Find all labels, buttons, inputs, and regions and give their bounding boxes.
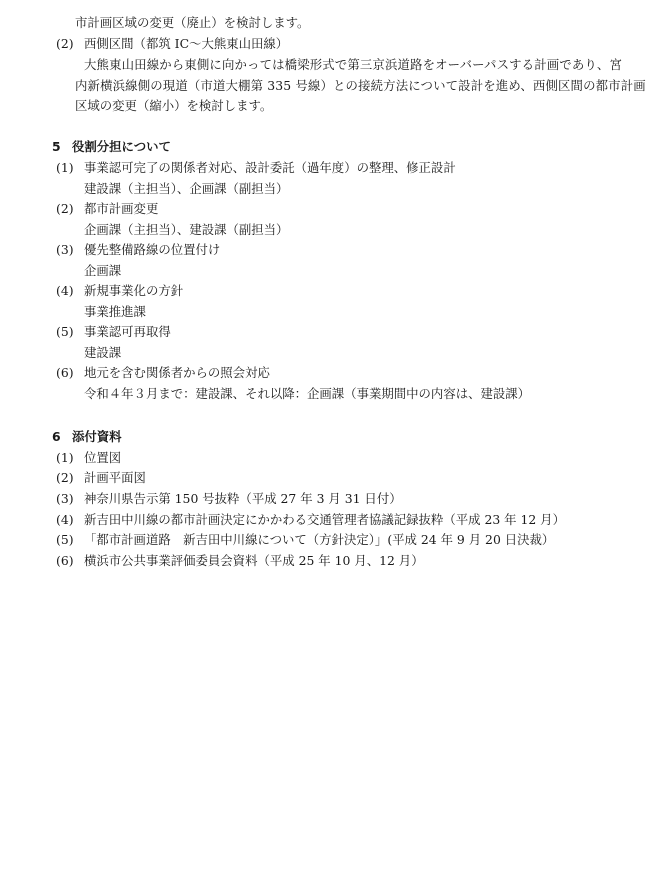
section-title: 添付資料 xyxy=(72,429,122,445)
list-item-detail: 事業推進課 xyxy=(84,304,146,320)
section-title: 役割分担について xyxy=(72,139,171,155)
continuation-text: 市計画区域の変更（廃止）を検討します。 xyxy=(75,15,309,31)
list-item-title: 地元を含む関係者からの照会対応 xyxy=(84,365,270,381)
attachment-item: 計画平面図 xyxy=(84,470,146,486)
attachment-number: (5) xyxy=(56,532,74,548)
list-item-number: (4) xyxy=(56,283,74,299)
attachment-item: 位置図 xyxy=(84,450,121,466)
list-item-detail: 建設課 xyxy=(84,345,121,361)
list-item-number: (5) xyxy=(56,324,74,340)
document-page: 市計画区域の変更（廃止）を検討します。 (2) 西側区間（都筑 IC〜大熊東山田… xyxy=(0,0,658,885)
list-item-number: (3) xyxy=(56,242,74,258)
attachment-item: 神奈川県告示第 150 号抜粋（平成 27 年 3 月 31 日付） xyxy=(84,491,402,507)
list-item-title: 優先整備路線の位置付け xyxy=(84,242,220,258)
attachment-item: 横浜市公共事業評価委員会資料（平成 25 年 10 月、12 月） xyxy=(84,553,424,569)
list-item-detail: 令和４年３月まで：建設課、それ以降：企画課（事業期間中の内容は、建設課） xyxy=(84,386,530,402)
attachment-number: (4) xyxy=(56,512,74,528)
subsection-number: (2) xyxy=(56,36,74,52)
attachment-item: 「都市計画道路 新吉田中川線について（方針決定）」(平成 24 年 9 月 20… xyxy=(84,532,554,548)
attachment-item: 新吉田中川線の都市計画決定にかかわる交通管理者協議記録抜粋（平成 23 年 12… xyxy=(84,512,565,528)
section-number: 5 xyxy=(52,139,61,155)
list-item-title: 事業認可完了の関係者対応、設計委託（過年度）の整理、修正設計 xyxy=(84,160,456,176)
list-item-title: 事業認可再取得 xyxy=(84,324,171,340)
list-item-number: (6) xyxy=(56,365,74,381)
list-item-detail: 企画課（主担当）、建設課（副担当） xyxy=(84,222,288,238)
list-item-detail: 企画課 xyxy=(84,263,121,279)
paragraph-line: 内新横浜線側の現道（市道大棚第 335 号線）との接続方法について設計を進め、西… xyxy=(75,78,646,94)
list-item-title: 都市計画変更 xyxy=(84,201,158,217)
list-item-detail: 建設課（主担当）、企画課（副担当） xyxy=(84,181,288,197)
list-item-title: 新規事業化の方針 xyxy=(84,283,183,299)
list-item-number: (2) xyxy=(56,201,74,217)
paragraph-line: 区域の変更（縮小）を検討します。 xyxy=(75,98,272,114)
attachment-number: (3) xyxy=(56,491,74,507)
subsection-title: 西側区間（都筑 IC〜大熊東山田線） xyxy=(84,36,288,52)
attachment-number: (1) xyxy=(56,450,74,466)
paragraph-line: 大熊東山田線から東側に向かっては橋梁形式で第三京浜道路をオーバーパスする計画であ… xyxy=(84,57,622,73)
section-number: 6 xyxy=(52,429,61,445)
attachment-number: (2) xyxy=(56,470,74,486)
attachment-number: (6) xyxy=(56,553,74,569)
list-item-number: (1) xyxy=(56,160,74,176)
